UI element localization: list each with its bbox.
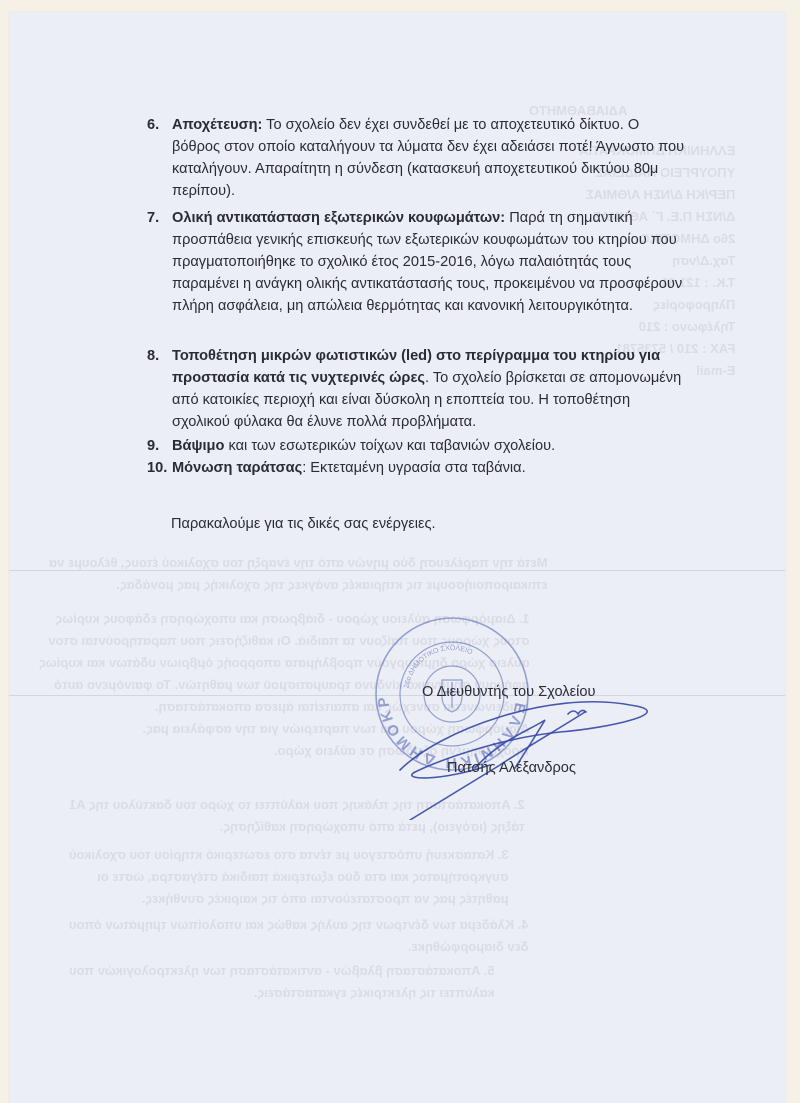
item-number: 8. xyxy=(147,345,159,367)
item-number: 6. xyxy=(147,114,159,136)
item-number: 7. xyxy=(147,207,159,229)
list-item-6: 6. Αποχέτευση: Το σχολείο δεν έχει συνδε… xyxy=(147,114,687,202)
item-heading: Βάψιμο xyxy=(172,438,224,454)
item-heading: Μόνωση ταράτσας xyxy=(172,460,302,476)
item-heading: Ολική αντικατάσταση εξωτερικών κουφωμάτω… xyxy=(172,210,505,226)
list-item-10: 10. Μόνωση ταράτσας: Εκτεταμένη υγρασία … xyxy=(147,457,687,479)
item-heading: Αποχέτευση: xyxy=(172,117,262,133)
signatory-name: Πατσής Αλέξανδρος xyxy=(447,757,576,779)
item-text: και των εσωτερικών τοίχων και ταβανιών σ… xyxy=(224,438,555,454)
closing-line: Παρακαλούμε για τις δικές σας ενέργειες. xyxy=(171,513,436,535)
item-text: : Εκτεταμένη υγρασία στα ταβάνια. xyxy=(302,460,525,476)
item-number: 10. xyxy=(147,457,167,479)
item-number: 9. xyxy=(147,435,159,457)
list-item-8: 8. Τοποθέτηση μικρών φωτιστικών (led) στ… xyxy=(147,345,687,433)
letter-body: 6. Αποχέτευση: Το σχολείο δεν έχει συνδε… xyxy=(0,0,800,1103)
list-item-9: 9. Βάψιμο και των εσωτερικών τοίχων και … xyxy=(147,435,687,457)
signature-icon xyxy=(380,650,700,820)
list-item-7: 7. Ολική αντικατάσταση εξωτερικών κουφωμ… xyxy=(147,207,687,317)
